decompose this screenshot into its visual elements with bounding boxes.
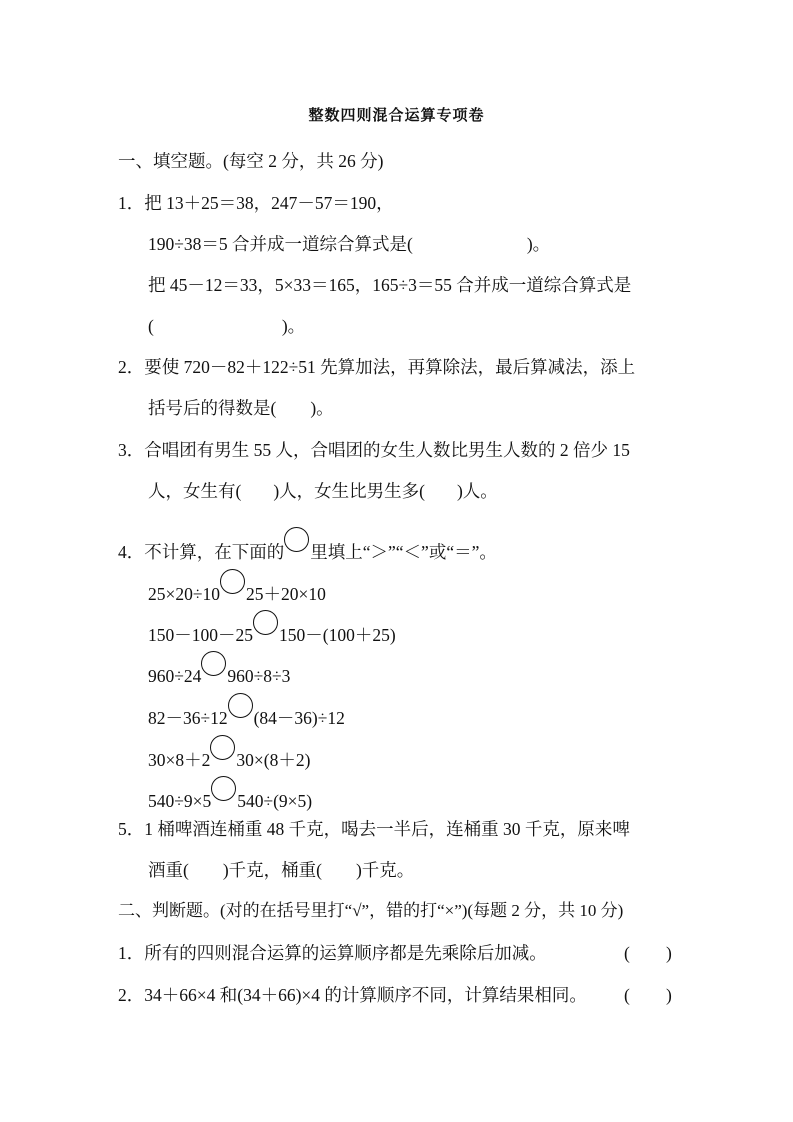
q5-line2: 酒重()千克，桶重()千克。 <box>148 859 414 881</box>
q2-text-a: 括号后的得数是( <box>148 398 276 418</box>
comparison-right: 150－(100＋25) <box>279 625 396 645</box>
comparison-row: 82－36÷12(84－36)÷12 <box>148 693 345 729</box>
q5-line1: 5．1 桶啤酒连桶重 48 千克，喝去一半后，连桶重 30 千克，原来啤 <box>118 818 630 840</box>
answer-circle[interactable] <box>211 776 236 801</box>
comparison-left: 30×8＋2 <box>148 750 210 770</box>
answer-circle[interactable] <box>253 610 278 635</box>
judge-paren-close: ) <box>666 942 672 964</box>
q1-line2: 190÷38＝5 合并成一道综合算式是()。 <box>148 233 550 255</box>
answer-circle[interactable] <box>201 651 226 676</box>
q1-line3: 把 45－12＝33，5×33＝165，165÷3＝55 合并成一道综合算式是 <box>148 274 631 296</box>
comparison-row: 540÷9×5540÷(9×5) <box>148 776 312 812</box>
q1-text-c: ( <box>148 316 154 336</box>
comparison-left: 960÷24 <box>148 666 201 686</box>
judge-paren-open: ( <box>624 942 630 964</box>
judge-answer-blank[interactable] <box>632 942 662 964</box>
comparison-right: 30×(8＋2) <box>236 750 310 770</box>
q5-text-c: )千克。 <box>356 860 414 880</box>
comparison-left: 25×20÷10 <box>148 584 220 604</box>
judge-paren-close: ) <box>666 984 672 1006</box>
comparison-row: 30×8＋230×(8＋2) <box>148 735 310 771</box>
comparison-row: 960÷24960÷8÷3 <box>148 651 290 687</box>
q1-text-b: )。 <box>527 234 550 254</box>
comparison-right: 960÷8÷3 <box>227 666 290 686</box>
q1-text-d: )。 <box>282 316 305 336</box>
comparison-right: 25＋20×10 <box>246 584 326 604</box>
answer-circle[interactable] <box>228 693 253 718</box>
circle-icon <box>284 527 309 552</box>
comparison-left: 82－36÷12 <box>148 708 228 728</box>
comparison-right: 540÷(9×5) <box>237 791 312 811</box>
q4-prompt-a: 4．不计算，在下面的 <box>118 542 284 562</box>
q5-text-b: )千克，桶重( <box>223 860 322 880</box>
q3-text-c: )人。 <box>457 481 498 501</box>
comparison-left: 150－100－25 <box>148 625 253 645</box>
comparison-row: 150－100－25150－(100＋25) <box>148 610 396 646</box>
q2-line2: 括号后的得数是()。 <box>148 397 334 419</box>
q3-text-a: 人，女生有( <box>148 481 241 501</box>
q3-line1: 3．合唱团有男生 55 人，合唱团的女生人数比男生人数的 2 倍少 15 <box>118 439 630 461</box>
comparison-left: 540÷9×5 <box>148 791 211 811</box>
q5-text-a: 酒重( <box>148 860 189 880</box>
judge-item: 2．34＋66×4 和(34＋66)×4 的计算顺序不同，计算结果相同。 <box>118 984 587 1006</box>
q1-line1: 1．把 13＋25＝38，247－57＝190， <box>118 192 394 214</box>
q2-line1: 2．要使 720－82＋122÷51 先算加法，再算除法，最后算减法，添上 <box>118 356 635 378</box>
judge-item: 1．所有的四则混合运算的运算顺序都是先乘除后加减。 <box>118 942 547 964</box>
q4-prompt: 4．不计算，在下面的里填上“＞”“＜”或“＝”。 <box>118 527 497 563</box>
q4-prompt-b: 里填上“＞”“＜”或“＝”。 <box>310 542 497 562</box>
q3-line2: 人，女生有()人，女生比男生多()人。 <box>148 480 498 502</box>
q2-text-b: )。 <box>310 398 333 418</box>
judge-answer-blank[interactable] <box>632 984 662 1006</box>
section1-heading: 一、填空题。(每空 2 分，共 26 分) <box>118 150 383 172</box>
comparison-right: (84－36)÷12 <box>254 708 345 728</box>
q1-line4: ()。 <box>148 315 305 337</box>
section2-heading: 二、判断题。(对的在括号里打“√”，错的打“×”)(每题 2 分，共 10 分) <box>118 900 623 922</box>
comparison-row: 25×20÷1025＋20×10 <box>148 569 326 605</box>
answer-circle[interactable] <box>220 569 245 594</box>
judge-paren-open: ( <box>624 984 630 1006</box>
q1-text-a: 190÷38＝5 合并成一道综合算式是( <box>148 234 413 254</box>
q3-text-b: )人，女生比男生多( <box>273 481 425 501</box>
answer-circle[interactable] <box>210 735 235 760</box>
page-title: 整数四则混合运算专项卷 <box>0 104 793 125</box>
